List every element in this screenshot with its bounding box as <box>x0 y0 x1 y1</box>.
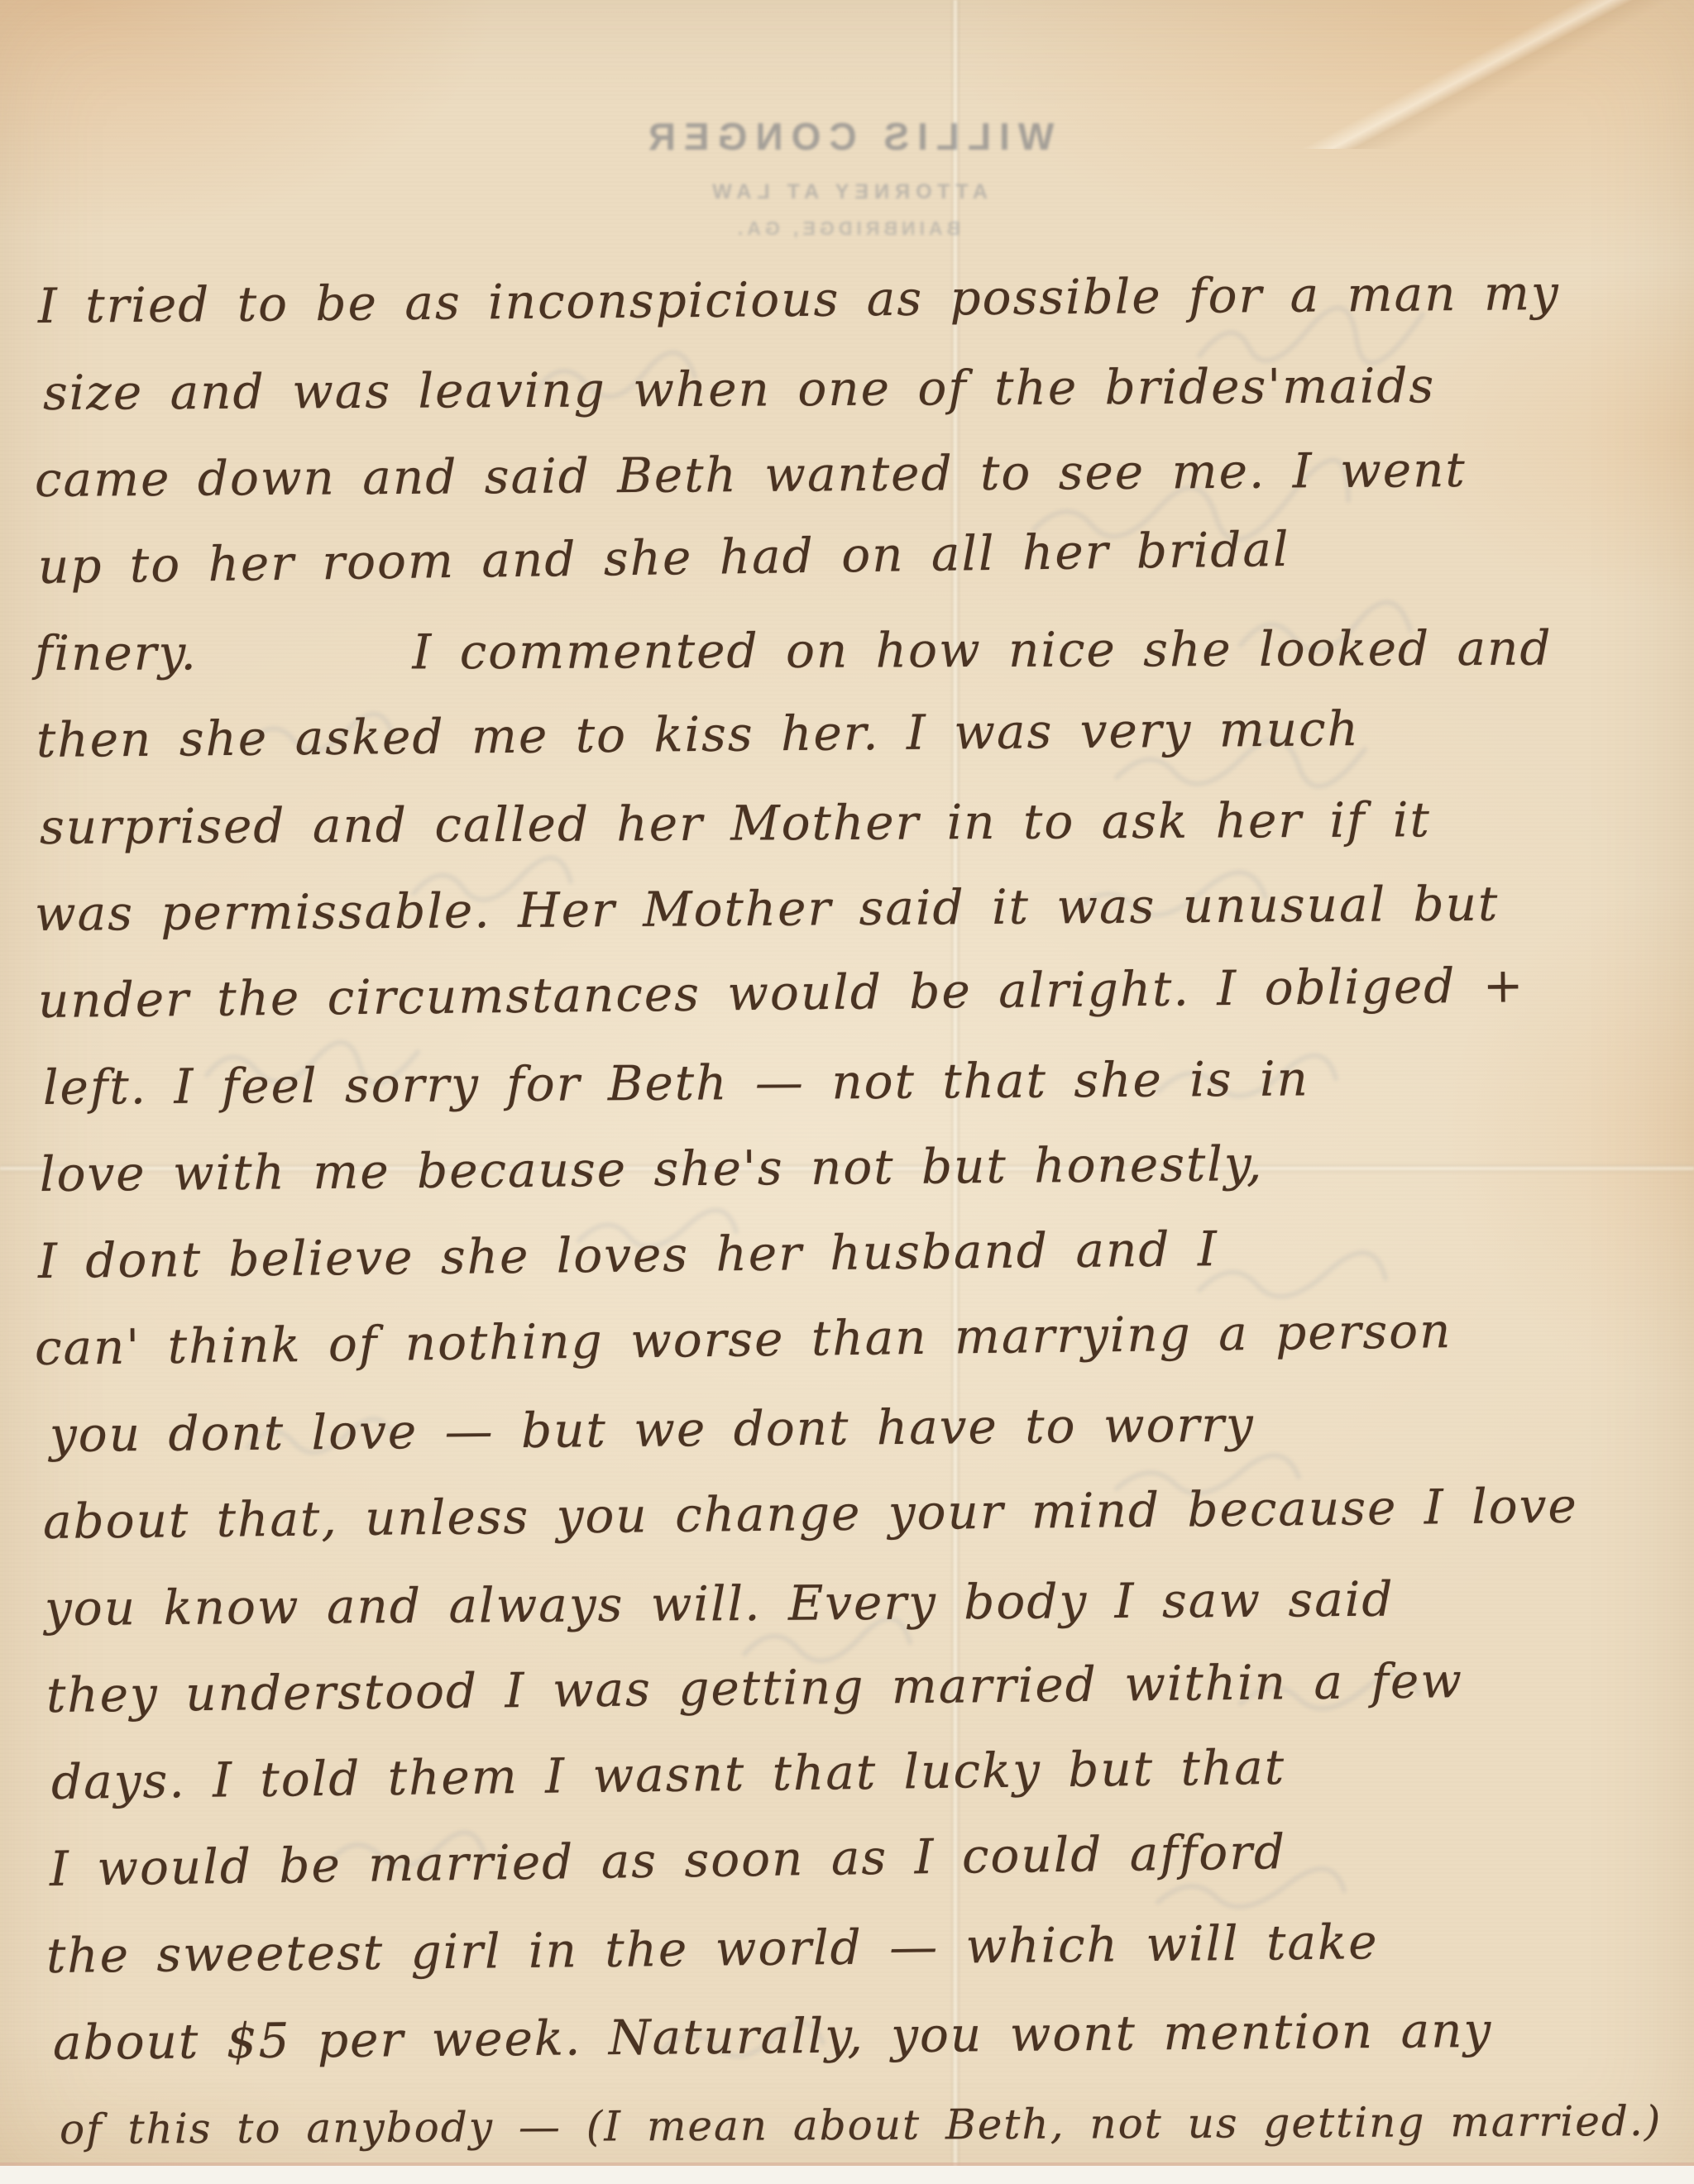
handwritten-line: about $5 per week. Naturally, you wont m… <box>53 1986 1678 2086</box>
scan-edge <box>0 2162 1694 2184</box>
handwritten-line: the sweetest girl in the world — which w… <box>45 1895 1677 2000</box>
letter-body: I tried to be as inconspicious as possib… <box>31 263 1677 2173</box>
handwritten-line: finery. I commented on how nice she look… <box>35 605 1677 697</box>
handwritten-line: size and was leaving when one of the bri… <box>43 342 1678 437</box>
handwritten-line: left. I feel sorry for Beth — not that s… <box>43 1033 1678 1131</box>
handwritten-line: surprised and called her Mother in to as… <box>40 776 1678 871</box>
handwritten-line: I tried to be as inconspicious as possib… <box>38 249 1678 350</box>
letter-page: WILLIS CONGER ATTORNEY AT LAW BAINBRIDGE… <box>0 0 1694 2184</box>
handwritten-line: about that, unless you change your mind … <box>42 1461 1677 1565</box>
handwritten-line: of this to anybody — (I mean about Beth,… <box>60 2078 1678 2173</box>
handwritten-line: then she asked me to kiss her. I was ver… <box>36 683 1678 784</box>
handwritten-line: under the circumstances would be alright… <box>37 940 1677 1044</box>
